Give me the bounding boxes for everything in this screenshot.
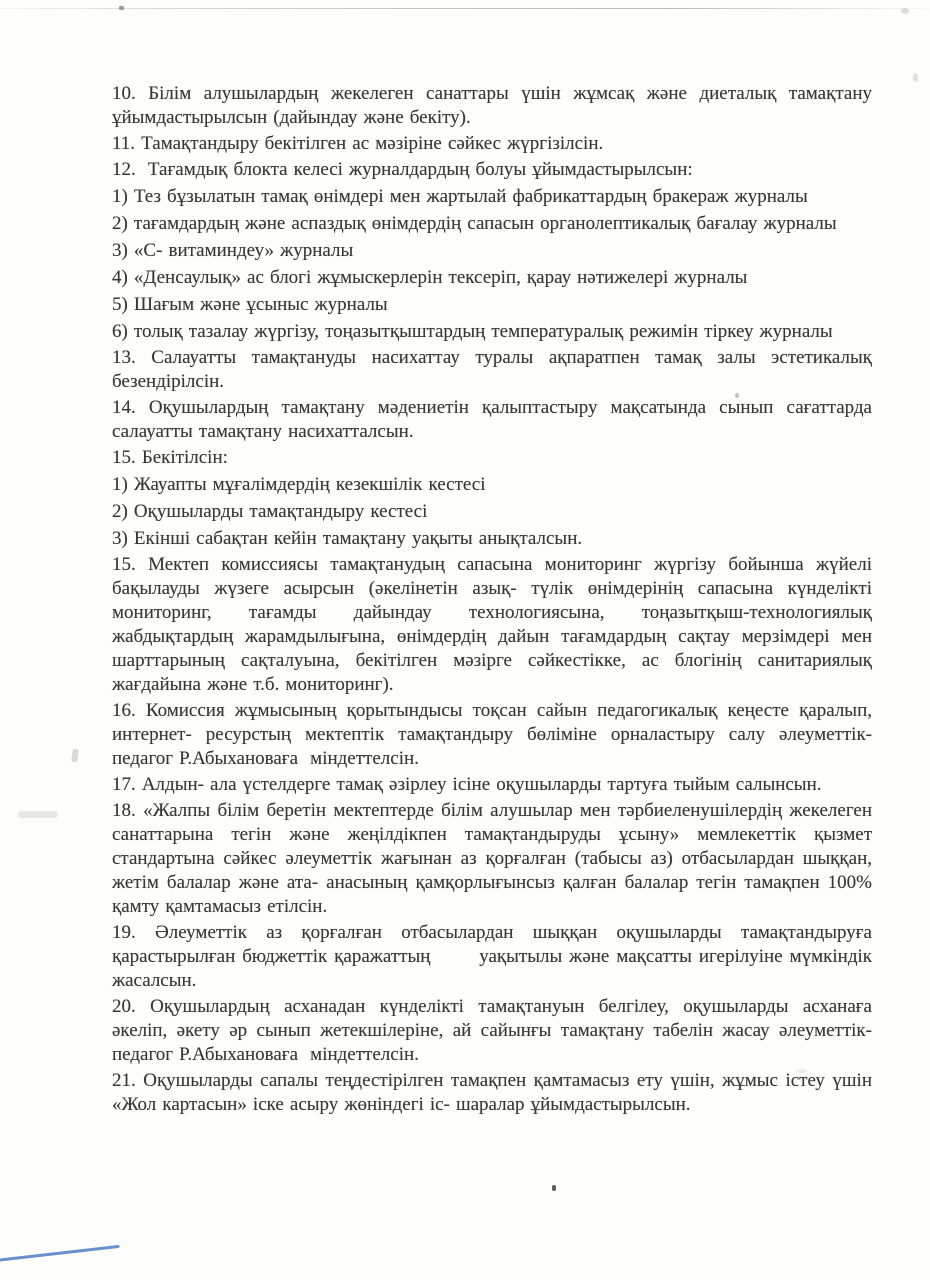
paragraph: 18. «Жалпы білім беретін мектептерде біл… — [112, 799, 872, 919]
paragraph: 14. Оқушылардың тамақтану мәдениетін қал… — [112, 396, 872, 444]
list-item-paragraph: 3) «С- витаминдеу» журналы — [112, 239, 872, 263]
paragraph: 12. Тағамдық блокта келесі журналдардың … — [112, 158, 872, 182]
list-item-paragraph: 5) Шағым және ұсыныс журналы — [112, 293, 872, 317]
scanned-document-page: 10. Білім алушылардың жекелеген санаттар… — [0, 0, 930, 1280]
scan-smudge — [18, 811, 58, 818]
scan-speckle — [119, 6, 125, 11]
list-item-paragraph: 2) Оқушыларды тамақтандыру кестесі — [112, 500, 872, 524]
paragraph: 13. Салауатты тамақтануды насихаттау тур… — [112, 346, 872, 394]
paragraph: 19. Әлеуметтік аз қорғалған отбасылардан… — [112, 921, 872, 993]
paragraph: 15. Бекітілсін: — [112, 446, 872, 470]
scan-edge-artifact — [0, 8, 930, 9]
list-item-paragraph: 4) «Денсаулық» ас блогі жұмыскерлерін те… — [112, 266, 872, 290]
paragraph: 15. Мектеп комиссиясы тамақтанудың сапас… — [112, 553, 872, 697]
list-item-paragraph: 1) Жауапты мұғалімдердің кезекшілік кест… — [112, 473, 872, 497]
list-item-paragraph: 2) тағамдардың және аспаздық өнімдердің … — [112, 212, 872, 236]
scan-speckle — [913, 73, 918, 82]
list-item-paragraph: 1) Тез бұзылатын тамақ өнімдері мен жарт… — [112, 185, 872, 209]
paragraph: 11. Тамақтандыру бекітілген ас мәзіріне … — [112, 132, 872, 156]
scan-dot — [552, 1185, 556, 1191]
blue-pen-mark — [0, 1245, 120, 1262]
paragraph: 21. Оқушыларды сапалы теңдестірілген там… — [112, 1069, 872, 1117]
list-item-paragraph: 3) Екінші сабақтан кейін тамақтану уақыт… — [112, 527, 872, 551]
scan-speckle — [901, 8, 909, 14]
document-body: 10. Білім алушылардың жекелеген санаттар… — [112, 82, 872, 1119]
paragraph: 16. Комиссия жұмысының қорытындысы тоқса… — [112, 699, 872, 771]
paragraph: 17. Алдын- ала үстелдерге тамақ әзірлеу … — [112, 773, 872, 797]
list-item-paragraph: 6) толық тазалау жүргізу, тоңазытқыштард… — [112, 320, 872, 344]
scan-speckle — [71, 749, 79, 763]
paragraph: 10. Білім алушылардың жекелеген санаттар… — [112, 82, 872, 130]
paragraph: 20. Оқушылардың асханадан күнделікті там… — [112, 995, 872, 1067]
